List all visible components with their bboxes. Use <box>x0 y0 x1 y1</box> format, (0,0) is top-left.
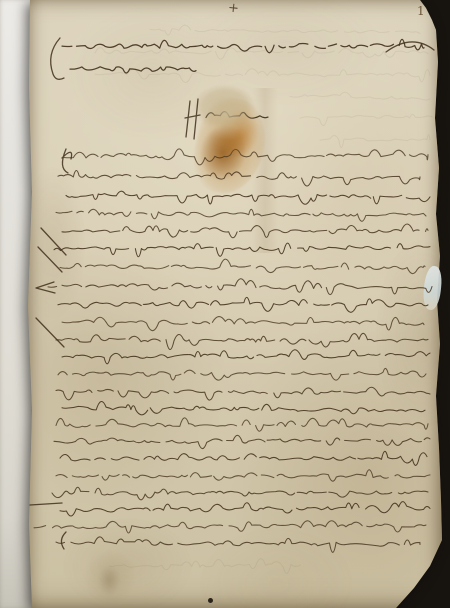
cross-mark: + <box>227 0 239 16</box>
folio-number: 1 <box>417 4 425 18</box>
ink-dot <box>208 598 213 603</box>
scanned-manuscript: + 1 <box>0 0 450 608</box>
bottom-left-stain-core <box>98 566 120 596</box>
